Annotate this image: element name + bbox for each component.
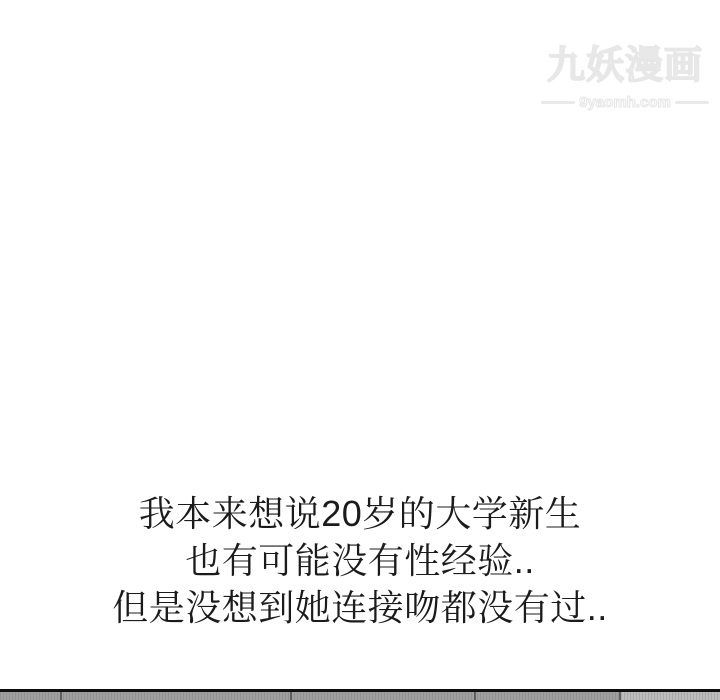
watermark-dash-left [541, 101, 575, 104]
dialogue-line-1: 我本来想说20岁的大学新生 [0, 490, 720, 537]
panel-strip-tick [474, 692, 476, 700]
panel-strip-light-segment [621, 692, 720, 700]
comic-page: 九妖漫画 9yaomh.com 我本来想说20岁的大学新生 也有可能没有性经验.… [0, 0, 720, 700]
next-panel-top-edge [0, 689, 720, 700]
panel-top-strip [0, 692, 720, 700]
watermark: 九妖漫画 9yaomh.com [540, 44, 710, 111]
watermark-domain-row: 9yaomh.com [540, 94, 710, 111]
panel-strip-tick [290, 692, 292, 700]
watermark-site-name: 九妖漫画 [540, 44, 710, 90]
watermark-dash-right [675, 101, 709, 104]
panel-strip-tick [60, 692, 62, 700]
dialogue-line-3: 但是没想到她连接吻都没有过.. [0, 584, 720, 631]
dialogue-text: 我本来想说20岁的大学新生 也有可能没有性经验.. 但是没想到她连接吻都没有过.… [0, 490, 720, 631]
dialogue-line-2: 也有可能没有性经验.. [0, 537, 720, 584]
watermark-site-url: 9yaomh.com [579, 94, 671, 111]
